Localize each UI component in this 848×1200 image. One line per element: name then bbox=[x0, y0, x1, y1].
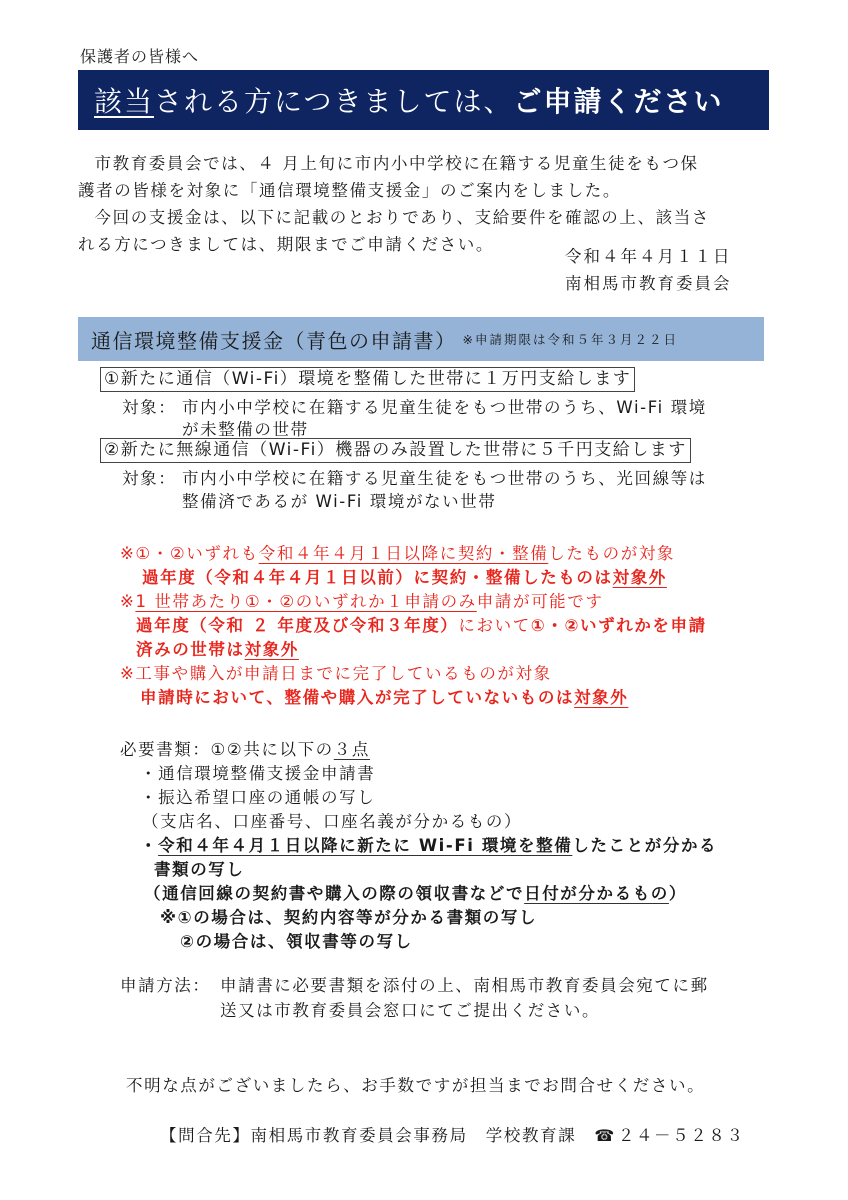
application-line2: 送又は市教育委員会窓口にてご提出ください。 bbox=[220, 997, 600, 1021]
note-2-sub-c: ①・②いずれかを申請 bbox=[531, 616, 707, 635]
documents-intro: ①②共に以下の bbox=[211, 740, 334, 759]
note-2-suffix: 申請が可能です bbox=[477, 592, 604, 611]
note-2: ※1 世帯あたり①・②のいずれか１申請のみ申請が可能です bbox=[120, 588, 603, 612]
document-3-suffix: したことが分かる bbox=[572, 836, 717, 855]
document-3-note-prefix: （通信回線の契約書や購入の際の領収書などで bbox=[144, 884, 524, 903]
intro-text: 市教育委員会では、４ 月上旬に市内小中学校に在籍する児童生徒をもつ保 護者の皆様… bbox=[78, 150, 778, 258]
document-3-case1: ※①の場合は、契約内容等が分かる書類の写し bbox=[160, 904, 537, 928]
phone-number: ２４－５２８３ bbox=[618, 1126, 745, 1145]
note-3-sub-underlined: 対象外 bbox=[574, 688, 628, 707]
intro-p1-line1: 市教育委員会では、４ 月上旬に市内小中学校に在籍する児童生徒をもつ保 bbox=[78, 150, 778, 177]
application-line1: 申請書に必要書類を添付の上、南相馬市教育委員会宛てに郵 bbox=[220, 972, 709, 996]
title-normal: される方につきましては、 bbox=[154, 85, 513, 118]
issue-date: 令和４年４月１１日 bbox=[565, 243, 732, 267]
document-3-note-suffix: ） bbox=[669, 884, 687, 903]
note-3: ※工事や購入が申請日までに完了しているものが対象 bbox=[120, 660, 552, 684]
note-2-sub-line1: 過年度（令和 ２ 年度及び令和３年度）において①・②いずれかを申請 bbox=[136, 612, 707, 636]
item-2-target-line2: 整備済であるが Wi-Fi 環境がない世帯 bbox=[182, 488, 496, 512]
item-1-heading: ①新たに通信（Wi-Fi）環境を整備した世帯に１万円支給します bbox=[100, 367, 635, 392]
deadline-note: ※申請期限は令和５年３月２２日 bbox=[463, 330, 678, 348]
contact-org: 南相馬市教育委員会事務局 学校教育課 bbox=[251, 1126, 577, 1145]
documents-heading: 必要書類：①②共に以下の３点 bbox=[120, 736, 370, 760]
note-1-sub-underlined: 対象外 bbox=[613, 568, 667, 587]
item-2-target-line1: 市内小中学校に在籍する児童生徒をもつ世帯のうち、光回線等は bbox=[182, 465, 707, 489]
note-2-underlined: 1 世帯あたり①・②のいずれか１申請のみ bbox=[135, 592, 476, 611]
greeting: 保護者の皆様へ bbox=[80, 44, 199, 67]
note-1: ※①・②いずれも令和４年４月１日以降に契約・整備したものが対象 bbox=[120, 540, 675, 564]
document-2: ・振込希望口座の通帳の写し bbox=[140, 784, 375, 808]
note-2-sub-a: 過年度（令和 ２ 年度及び令和３年度） bbox=[136, 616, 458, 635]
phone-icon: ☎ bbox=[594, 1126, 616, 1145]
note-3-sub-main: 申請時において、整備や購入が完了していないものは bbox=[140, 688, 574, 707]
page-title: 該当される方につきましては、ご申請ください bbox=[78, 80, 723, 120]
intro-p1-line2: 護者の皆様を対象に「通信環境整備支援金」のご案内をしました。 bbox=[78, 177, 778, 204]
documents-count: ３点 bbox=[334, 740, 370, 759]
title-banner: 該当される方につきましては、ご申請ください bbox=[78, 70, 769, 130]
note-1-underlined: 令和４年４月１日以降に契約・整備 bbox=[259, 544, 549, 563]
note-1-sub-main: 過年度（令和４年４月１日以前）に契約・整備したものは bbox=[142, 568, 613, 587]
document-3-note-underlined: 日付が分かるもの bbox=[524, 884, 669, 903]
item-1-target-label: 対象： bbox=[122, 394, 176, 418]
note-2-sub-line2-main: 済みの世帯は bbox=[136, 640, 245, 659]
note-1-prefix: ※①・②いずれも bbox=[120, 544, 259, 563]
section-title: 通信環境整備支援金（青色の申請書） bbox=[78, 325, 457, 354]
document-3-underlined: 令和４年４月１日以降に新たに Wi-Fi 環境を整備 bbox=[158, 836, 572, 855]
document-3-case2: ②の場合は、領収書等の写し bbox=[180, 928, 413, 952]
document-3-note: （通信回線の契約書や購入の際の領収書などで日付が分かるもの） bbox=[144, 880, 687, 904]
document-3: ・令和４年４月１日以降に新たに Wi-Fi 環境を整備したことが分かる bbox=[140, 832, 717, 856]
note-3-sub: 申請時において、整備や購入が完了していないものは対象外 bbox=[140, 684, 628, 708]
document-2-note: （支店名、口座番号、口座名義が分かるもの） bbox=[142, 808, 522, 832]
note-1-sub: 過年度（令和４年４月１日以前）に契約・整備したものは対象外 bbox=[142, 564, 667, 588]
item-1-target-line1: 市内小中学校に在籍する児童生徒をもつ世帯のうち、Wi-Fi 環境 bbox=[182, 394, 707, 418]
issuer: 南相馬市教育委員会 bbox=[565, 270, 732, 294]
intro-p2-line1: 今回の支援金は、以下に記載のとおりであり、支給要件を確認の上、該当さ bbox=[78, 204, 778, 231]
inquiry-note: 不明な点がございましたら、お手数ですが担当までお問合せください。 bbox=[126, 1072, 705, 1096]
item-2-heading: ②新たに無線通信（Wi-Fi）機器のみ設置した世帯に５千円支給します bbox=[100, 438, 691, 463]
note-1-suffix: したものが対象 bbox=[548, 544, 675, 563]
document-1: ・通信環境整備支援金申請書 bbox=[140, 760, 375, 784]
section-banner: 通信環境整備支援金（青色の申請書） ※申請期限は令和５年３月２２日 bbox=[78, 317, 764, 361]
application-label: 申請方法： bbox=[120, 972, 211, 996]
document-3-bullet: ・ bbox=[140, 836, 158, 855]
contact-label: 【問合先】 bbox=[160, 1126, 251, 1145]
contact-line: 【問合先】南相馬市教育委員会事務局 学校教育課☎２４－５２８３ bbox=[160, 1122, 745, 1146]
document-3-line2: 書類の写し bbox=[154, 856, 245, 880]
note-2-sub-line2-underlined: 対象外 bbox=[245, 640, 299, 659]
title-underlined: 該当 bbox=[94, 85, 154, 118]
item-2-target-label: 対象： bbox=[122, 465, 176, 489]
note-2-sub-b: において bbox=[458, 616, 530, 635]
title-bold: ご申請ください bbox=[513, 85, 723, 118]
note-2-sub-line2: 済みの世帯は対象外 bbox=[136, 636, 299, 660]
note-2-prefix: ※ bbox=[120, 592, 135, 611]
documents-label: 必要書類： bbox=[120, 740, 211, 759]
item-1-target-line2: が未整備の世帯 bbox=[182, 416, 309, 440]
